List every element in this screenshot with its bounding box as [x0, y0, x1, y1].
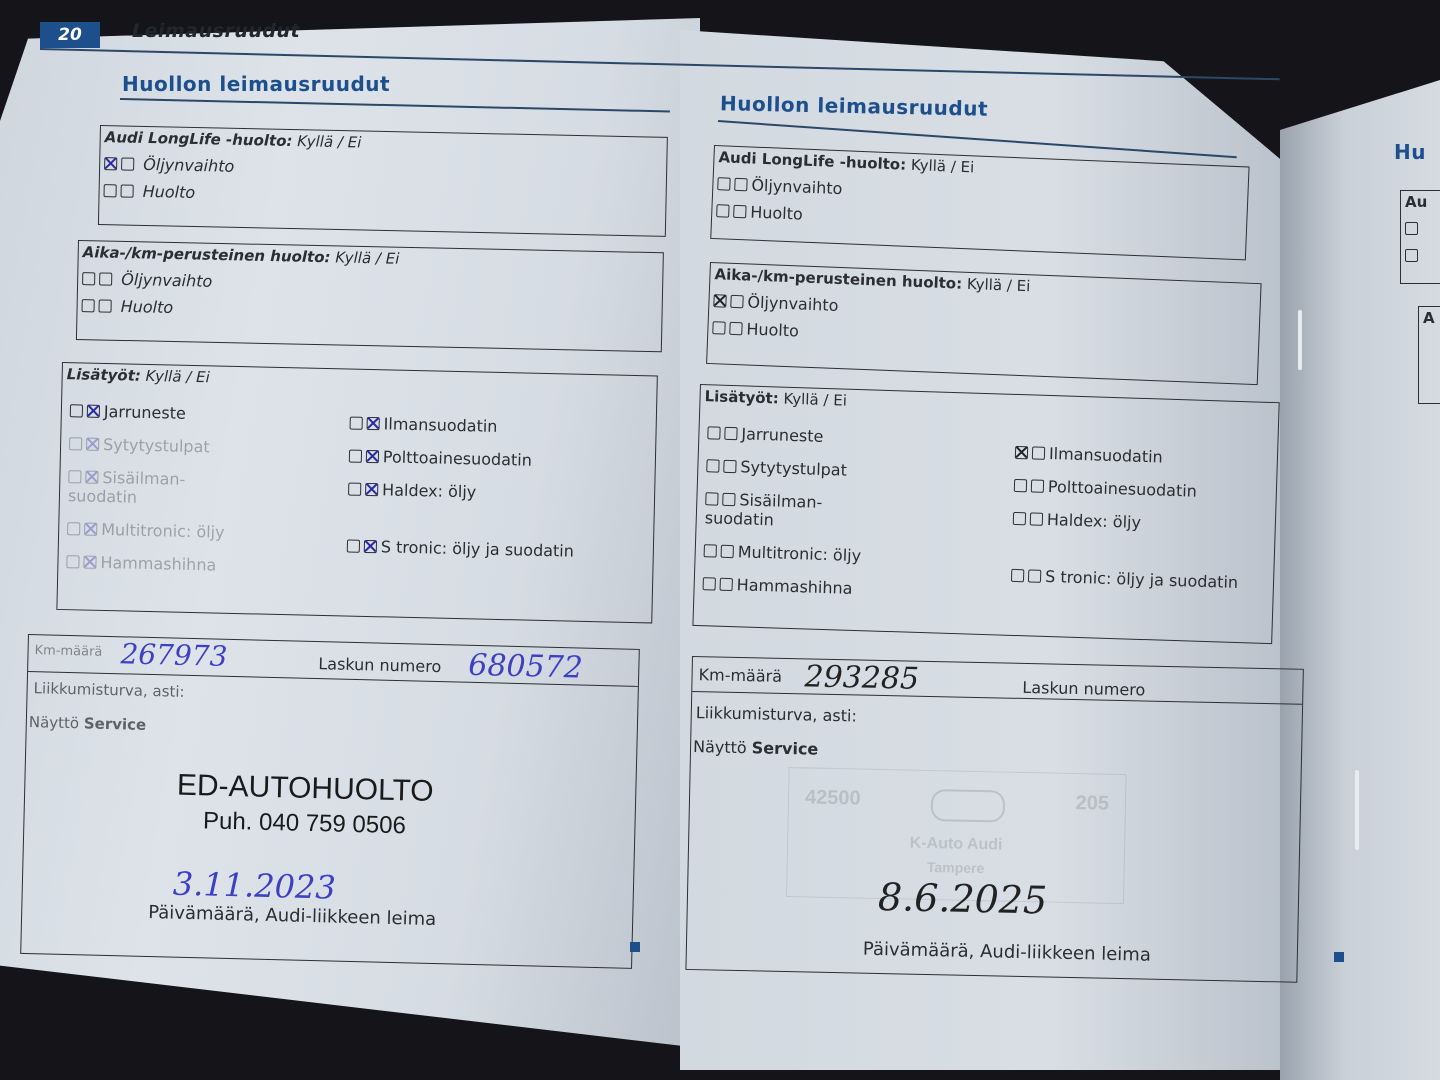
yes-checkbox[interactable]	[707, 426, 720, 439]
no-checkbox-checked[interactable]	[367, 417, 380, 430]
yes-checkbox[interactable]	[716, 204, 730, 218]
no-checkbox-checked[interactable]	[87, 405, 100, 418]
yes-checkbox[interactable]	[350, 417, 363, 430]
display-label: Näyttö Service	[693, 737, 819, 759]
no-checkbox-checked[interactable]	[84, 523, 97, 536]
left-extra-box: Lisätyöt: Kyllä / Ei Jarruneste Sytytyst…	[56, 362, 657, 623]
list-item: Ilmansuodatin	[349, 414, 576, 438]
list-item: Sytytystulpat	[69, 434, 227, 457]
yes-checkbox[interactable]	[349, 450, 362, 463]
list-item: Haldex: öljy	[1013, 509, 1241, 535]
yes-checkbox-checked[interactable]	[1015, 446, 1028, 459]
date-label: Päivämäärä, Audi-liikkeen leima	[148, 902, 436, 930]
no-checkbox[interactable]	[730, 295, 743, 308]
no-checkbox[interactable]	[1031, 479, 1044, 492]
km-label: Km-määrä	[698, 665, 782, 686]
yes-checkbox[interactable]	[1405, 222, 1418, 235]
yes-checkbox[interactable]	[705, 492, 718, 505]
no-checkbox[interactable]	[722, 493, 735, 506]
yes-checkbox[interactable]	[1014, 479, 1027, 492]
display-label: Näyttö Service	[29, 713, 147, 734]
no-checkbox[interactable]	[1032, 446, 1045, 459]
no-checkbox-checked[interactable]	[83, 556, 96, 569]
yes-checkbox[interactable]	[68, 470, 81, 483]
staple	[1355, 770, 1359, 850]
no-checkbox-checked[interactable]	[86, 438, 99, 451]
no-checkbox-checked[interactable]	[365, 483, 378, 496]
no-checkbox[interactable]	[723, 460, 736, 473]
extra-right-column: Ilmansuodatin Polttoainesuodatin Haldex:…	[1007, 435, 1243, 592]
invoice-label: Laskun numero	[318, 654, 441, 676]
staple	[1298, 310, 1302, 370]
no-checkbox[interactable]	[729, 322, 742, 335]
yes-checkbox[interactable]	[703, 577, 716, 590]
invoice-label: Laskun numero	[1022, 678, 1145, 700]
list-item: Ilmansuodatin	[1015, 443, 1243, 469]
yes-checkbox[interactable]	[348, 483, 361, 496]
chapter-title: Leimausruudut	[132, 20, 300, 42]
extra-left-column: Jarruneste Sytytystulpat Sisäilman-suoda…	[698, 415, 865, 598]
yes-checkbox[interactable]	[103, 184, 116, 197]
extra-right-column: Ilmansuodatin Polttoainesuodatin Haldex:…	[343, 405, 577, 560]
left-timekm-box: Aika-/km-perusteinen huolto: Kyllä / Ei …	[76, 240, 664, 352]
left-section-title: Huollon leimausruudut	[122, 72, 390, 96]
list-item: Jarruneste	[70, 401, 228, 424]
next-longlife-box: Au	[1400, 190, 1440, 284]
rings-logo-icon	[931, 789, 1006, 823]
date-label: Päivämäärä, Audi-liikkeen leima	[863, 939, 1151, 966]
list-item: Haldex: öljy	[348, 480, 575, 504]
no-checkbox[interactable]	[724, 427, 737, 440]
list-item: Multitronic: öljy	[67, 519, 225, 542]
no-checkbox[interactable]	[98, 299, 111, 312]
no-checkbox[interactable]	[720, 578, 733, 591]
divider	[692, 691, 1302, 705]
yes-checkbox-checked[interactable]	[713, 294, 726, 307]
km-value: 293285	[804, 659, 919, 696]
no-checkbox[interactable]	[734, 178, 748, 192]
yes-checkbox[interactable]	[347, 540, 360, 553]
list-item: Multitronic: öljy	[703, 541, 861, 565]
yes-checkbox[interactable]	[712, 321, 725, 334]
no-checkbox-checked[interactable]	[364, 540, 377, 553]
yes-checkbox[interactable]	[1011, 569, 1024, 582]
mobility-label: Liikkumisturva, asti:	[696, 703, 857, 725]
yes-checkbox-checked[interactable]	[104, 157, 117, 170]
list-item: Sytytystulpat	[706, 456, 864, 480]
km-value: 267973	[120, 637, 228, 673]
left-record-box: Km-määrä 267973 Laskun numero 680572 Lii…	[20, 634, 640, 969]
right-record-box: Km-määrä 293285 Laskun numero Liikkumist…	[685, 656, 1303, 983]
no-checkbox[interactable]	[721, 545, 734, 558]
no-checkbox[interactable]	[99, 272, 112, 285]
km-label: Km-määrä	[34, 643, 102, 660]
service-date: 8.6.2025	[878, 875, 1048, 923]
section-end-marker	[630, 942, 640, 952]
dealer-stamp-name: ED-AUTOHUOLTO	[165, 768, 446, 809]
no-checkbox-checked[interactable]	[85, 471, 98, 484]
no-checkbox-checked[interactable]	[366, 450, 379, 463]
list-item: Jarruneste	[707, 423, 865, 447]
section-end-marker	[1334, 952, 1344, 962]
right-timekm-box: Aika-/km-perusteinen huolto: Kyllä / Ei …	[706, 262, 1262, 385]
yes-checkbox[interactable]	[70, 404, 83, 417]
list-item: Huolto	[81, 296, 661, 327]
service-booklet: 20 Leimausruudut Huollon leimausruudut A…	[0, 0, 1440, 1080]
no-checkbox[interactable]	[733, 205, 747, 219]
invoice-value: 680572	[468, 648, 583, 686]
yes-checkbox[interactable]	[706, 459, 719, 472]
yes-checkbox[interactable]	[82, 272, 95, 285]
list-item: Öljynvaihto	[82, 269, 662, 300]
yes-checkbox[interactable]	[66, 555, 79, 568]
mobility-label: Liikkumisturva, asti:	[33, 679, 184, 701]
yes-checkbox[interactable]	[704, 544, 717, 557]
yes-checkbox[interactable]	[1405, 249, 1418, 262]
list-item: Hammashihna	[702, 574, 860, 598]
dealer-stamp-phone: Puh. 040 759 0506	[164, 806, 445, 841]
service-date: 3.11.2023	[172, 865, 336, 907]
next-section-title-fragment: Hu	[1394, 140, 1426, 164]
no-checkbox[interactable]	[1028, 569, 1041, 582]
next-timekm-box: A	[1418, 306, 1440, 404]
yes-checkbox[interactable]	[67, 522, 80, 535]
page-number: 20	[40, 22, 100, 48]
yes-checkbox[interactable]	[717, 177, 731, 191]
no-checkbox[interactable]	[120, 184, 133, 197]
list-item: Polttoainesuodatin	[1014, 476, 1242, 502]
list-item: Hammashihna	[66, 552, 224, 575]
list-item: Öljynvaihto	[104, 154, 666, 185]
right-extra-box: Lisätyöt: Kyllä / Ei Jarruneste Sytytyst…	[692, 384, 1279, 644]
list-item: Sisäilman-suodatin	[705, 489, 864, 532]
yes-checkbox[interactable]	[81, 299, 94, 312]
yes-checkbox[interactable]	[69, 437, 82, 450]
list-item: S tronic: öljy ja suodatin	[1011, 566, 1239, 592]
list-item: Huolto	[103, 181, 665, 212]
no-checkbox[interactable]	[1030, 512, 1043, 525]
extra-left-column: Jarruneste Sytytystulpat Sisäilman-suoda…	[62, 393, 227, 575]
left-longlife-box: Audi LongLife -huolto: Kyllä / Ei Öljynv…	[98, 125, 668, 237]
list-item: S tronic: öljy ja suodatin	[347, 537, 574, 561]
list-item: Polttoainesuodatin	[349, 447, 576, 471]
no-checkbox[interactable]	[121, 157, 134, 170]
yes-checkbox[interactable]	[1013, 512, 1026, 525]
list-item: Sisäilman-suodatin	[68, 467, 226, 509]
